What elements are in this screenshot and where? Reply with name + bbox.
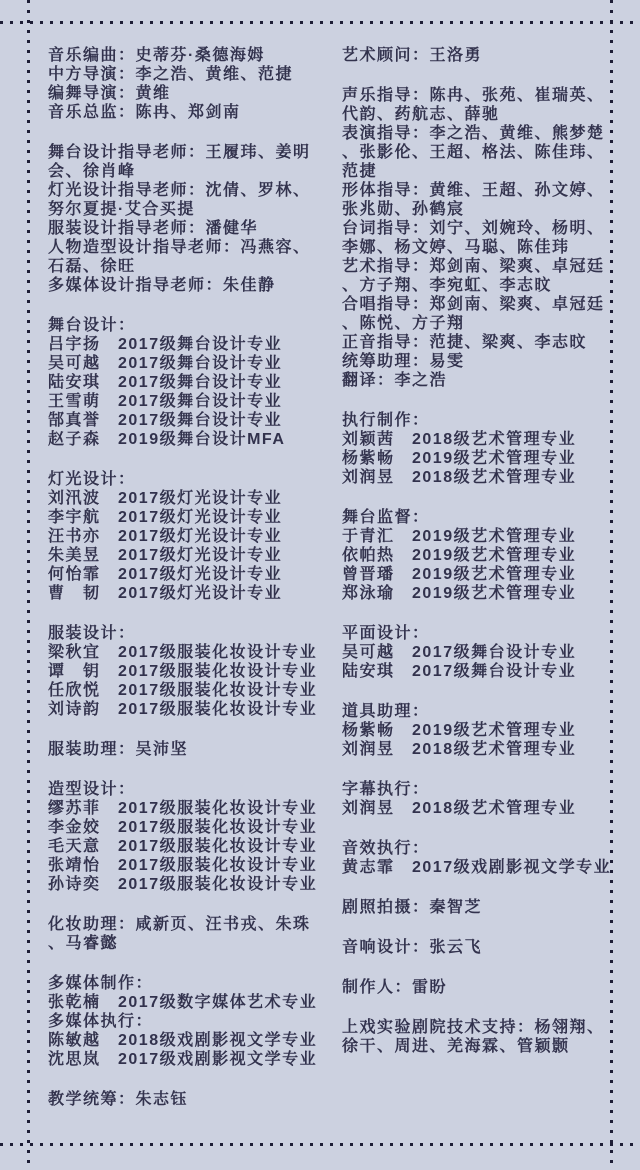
- credit-section: 道具助理：杨紫畅 2019级艺术管理专业刘润昱 2018级艺术管理专业: [342, 702, 610, 759]
- credits-column-right: 艺术顾问：王洛勇声乐指导：陈冉、张苑、崔瑞英、代韵、药航志、薛驰表演指导：李之浩…: [342, 46, 610, 1056]
- credit-line: 编舞导演：黄维: [48, 84, 338, 103]
- credit-line: 教学统筹：朱志钰: [48, 1090, 338, 1109]
- border-dotted-right: [610, 0, 613, 1170]
- credit-line: 舞台监督：: [342, 508, 610, 527]
- credit-line: 音响设计：张云飞: [342, 938, 610, 957]
- credit-line: 化妆助理：咸新页、汪书戎、朱珠: [48, 915, 338, 934]
- credit-line: 石磊、徐旺: [48, 257, 338, 276]
- credit-section: 舞台设计：吕宇扬 2017级舞台设计专业吴可越 2017级舞台设计专业陆安琪 2…: [48, 316, 338, 449]
- credit-section: 字幕执行：刘润昱 2018级艺术管理专业: [342, 780, 610, 818]
- credit-line: 李娜、杨文婷、马聪、陈佳玮: [342, 238, 610, 257]
- credit-line: 音乐总监：陈冉、郑剑南: [48, 103, 338, 122]
- credit-line: 道具助理：: [342, 702, 610, 721]
- credit-line: 剧照拍摄：秦智芝: [342, 898, 610, 917]
- credit-line: 声乐指导：陈冉、张苑、崔瑞英、: [342, 86, 610, 105]
- credit-line: 、马睿懿: [48, 934, 338, 953]
- credit-line: 人物造型设计指导老师：冯燕容、: [48, 238, 338, 257]
- credit-line: 、方子翔、李宛虹、李志旼: [342, 276, 610, 295]
- credit-line: 服装助理：吴沛坚: [48, 740, 338, 759]
- credit-line: 曾晋璠 2019级艺术管理专业: [342, 565, 610, 584]
- credit-line: 刘润昱 2018级艺术管理专业: [342, 740, 610, 759]
- credit-line: 杨紫畅 2019级艺术管理专业: [342, 721, 610, 740]
- credit-line: 杨紫畅 2019级艺术管理专业: [342, 449, 610, 468]
- credit-line: 多媒体设计指导老师：朱佳静: [48, 276, 338, 295]
- credit-section: 上戏实验剧院技术支持：杨翎翔、徐干、周进、羌海霖、管颖颢: [342, 1018, 610, 1056]
- credit-line: 吴可越 2017级舞台设计专业: [48, 354, 338, 373]
- credit-line: 上戏实验剧院技术支持：杨翎翔、: [342, 1018, 610, 1037]
- credit-line: 平面设计：: [342, 624, 610, 643]
- credit-line: 郑泳瑜 2019级艺术管理专业: [342, 584, 610, 603]
- credit-line: 服装设计：: [48, 624, 338, 643]
- credit-line: 梁秋宜 2017级服装化妆设计专业: [48, 643, 338, 662]
- credit-section: 造型设计：缪苏菲 2017级服装化妆设计专业李金姣 2017级服装化妆设计专业毛…: [48, 780, 338, 894]
- credit-line: 李金姣 2017级服装化妆设计专业: [48, 818, 338, 837]
- credit-line: 形体指导：黄维、王超、孙文婷、: [342, 181, 610, 200]
- credit-line: 张乾楠 2017级数字媒体艺术专业: [48, 993, 338, 1012]
- credit-line: 刘颖茜 2018级艺术管理专业: [342, 430, 610, 449]
- credit-line: 舞台设计：: [48, 316, 338, 335]
- credit-line: 艺术顾问：王洛勇: [342, 46, 610, 65]
- credit-line: 赵子森 2019级舞台设计MFA: [48, 430, 338, 449]
- credit-section: 艺术顾问：王洛勇: [342, 46, 610, 65]
- credit-line: 正音指导：范捷、梁爽、李志旼: [342, 333, 610, 352]
- credit-line: 音乐编曲：史蒂芬·桑德海姆: [48, 46, 338, 65]
- credit-line: 执行制作：: [342, 411, 610, 430]
- credit-line: 造型设计：: [48, 780, 338, 799]
- credit-line: 黄志霏 2017级戏剧影视文学专业: [342, 858, 610, 877]
- credit-line: 张靖怡 2017级服装化妆设计专业: [48, 856, 338, 875]
- credit-line: 谭 钥 2017级服装化妆设计专业: [48, 662, 338, 681]
- border-dotted-left: [27, 0, 30, 1170]
- credit-line: 毛天意 2017级服装化妆设计专业: [48, 837, 338, 856]
- credit-section: 化妆助理：咸新页、汪书戎、朱珠、马睿懿: [48, 915, 338, 953]
- credit-section: 舞台设计指导老师：王履玮、姜明会、徐肖峰灯光设计指导老师：沈倩、罗林、努尔夏提·…: [48, 143, 338, 295]
- credit-line: 台词指导：刘宁、刘婉玲、杨明、: [342, 219, 610, 238]
- credit-section: 剧照拍摄：秦智芝: [342, 898, 610, 917]
- credit-line: 孙诗奕 2017级服装化妆设计专业: [48, 875, 338, 894]
- credit-section: 教学统筹：朱志钰: [48, 1090, 338, 1109]
- credit-section: 音乐编曲：史蒂芬·桑德海姆中方导演：李之浩、黄维、范捷编舞导演：黄维音乐总监：陈…: [48, 46, 338, 122]
- credit-line: 陈敏越 2018级戏剧影视文学专业: [48, 1031, 338, 1050]
- credit-line: 中方导演：李之浩、黄维、范捷: [48, 65, 338, 84]
- credit-line: 翻译：李之浩: [342, 371, 610, 390]
- credit-line: 徐干、周进、羌海霖、管颖颢: [342, 1037, 610, 1056]
- credits-column-left: 音乐编曲：史蒂芬·桑德海姆中方导演：李之浩、黄维、范捷编舞导演：黄维音乐总监：陈…: [48, 46, 338, 1109]
- credit-line: 朱美昱 2017级灯光设计专业: [48, 546, 338, 565]
- credit-line: 吕宇扬 2017级舞台设计专业: [48, 335, 338, 354]
- credit-line: 刘汛波 2017级灯光设计专业: [48, 489, 338, 508]
- credit-section: 多媒体制作：张乾楠 2017级数字媒体艺术专业多媒体执行：陈敏越 2018级戏剧…: [48, 974, 338, 1069]
- credit-section: 平面设计：吴可越 2017级舞台设计专业陆安琪 2017级舞台设计专业: [342, 624, 610, 681]
- credit-line: 灯光设计：: [48, 470, 338, 489]
- credit-line: 依帕热 2019级艺术管理专业: [342, 546, 610, 565]
- credit-line: 合唱指导：郑剑南、梁爽、卓冠廷: [342, 295, 610, 314]
- credit-section: 制作人：雷盼: [342, 978, 610, 997]
- credit-line: 任欣悦 2017级服装化妆设计专业: [48, 681, 338, 700]
- credit-line: 范捷: [342, 162, 610, 181]
- credit-line: 制作人：雷盼: [342, 978, 610, 997]
- credit-line: 代韵、药航志、薛驰: [342, 105, 610, 124]
- credit-section: 音效执行：黄志霏 2017级戏剧影视文学专业: [342, 839, 610, 877]
- credit-line: 张兆勋、孙鹤宸: [342, 200, 610, 219]
- credit-line: 多媒体制作：: [48, 974, 338, 993]
- credit-line: 刘诗韵 2017级服装化妆设计专业: [48, 700, 338, 719]
- credit-line: 努尔夏提·艾合买提: [48, 200, 338, 219]
- credit-line: 汪书亦 2017级灯光设计专业: [48, 527, 338, 546]
- credit-line: 李宇航 2017级灯光设计专业: [48, 508, 338, 527]
- credit-section: 执行制作：刘颖茜 2018级艺术管理专业杨紫畅 2019级艺术管理专业刘润昱 2…: [342, 411, 610, 487]
- credit-section: 舞台监督：于青汇 2019级艺术管理专业依帕热 2019级艺术管理专业曾晋璠 2…: [342, 508, 610, 603]
- credit-line: 、张影伦、王超、格法、陈佳玮、: [342, 143, 610, 162]
- credit-line: 舞台设计指导老师：王履玮、姜明: [48, 143, 338, 162]
- credit-line: 灯光设计指导老师：沈倩、罗林、: [48, 181, 338, 200]
- credit-line: 多媒体执行：: [48, 1012, 338, 1031]
- credit-line: 王雪萌 2017级舞台设计专业: [48, 392, 338, 411]
- credit-line: 缪苏菲 2017级服装化妆设计专业: [48, 799, 338, 818]
- credit-section: 声乐指导：陈冉、张苑、崔瑞英、代韵、药航志、薛驰表演指导：李之浩、黄维、熊梦楚、…: [342, 86, 610, 390]
- credit-line: 统筹助理：易雯: [342, 352, 610, 371]
- credit-line: 服装设计指导老师：潘健华: [48, 219, 338, 238]
- credit-line: 、陈悦、方子翔: [342, 314, 610, 333]
- credit-section: 服装设计：梁秋宜 2017级服装化妆设计专业谭 钥 2017级服装化妆设计专业任…: [48, 624, 338, 719]
- credit-section: 服装助理：吴沛坚: [48, 740, 338, 759]
- credit-line: 音效执行：: [342, 839, 610, 858]
- credit-line: 曹 韧 2017级灯光设计专业: [48, 584, 338, 603]
- border-dotted-bottom: [0, 1143, 640, 1146]
- credit-line: 艺术指导：郑剑南、梁爽、卓冠廷: [342, 257, 610, 276]
- credit-line: 陆安琪 2017级舞台设计专业: [342, 662, 610, 681]
- credit-line: 刘润昱 2018级艺术管理专业: [342, 799, 610, 818]
- credit-line: 于青汇 2019级艺术管理专业: [342, 527, 610, 546]
- credit-line: 郜真誉 2017级舞台设计专业: [48, 411, 338, 430]
- credit-line: 刘润昱 2018级艺术管理专业: [342, 468, 610, 487]
- credit-section: 灯光设计：刘汛波 2017级灯光设计专业李宇航 2017级灯光设计专业汪书亦 2…: [48, 470, 338, 603]
- credit-line: 吴可越 2017级舞台设计专业: [342, 643, 610, 662]
- credit-line: 会、徐肖峰: [48, 162, 338, 181]
- credit-section: 音响设计：张云飞: [342, 938, 610, 957]
- credit-line: 何怡霏 2017级灯光设计专业: [48, 565, 338, 584]
- border-dotted-top: [0, 21, 640, 24]
- credit-line: 字幕执行：: [342, 780, 610, 799]
- credit-line: 表演指导：李之浩、黄维、熊梦楚: [342, 124, 610, 143]
- credit-line: 沈思岚 2017级戏剧影视文学专业: [48, 1050, 338, 1069]
- credit-line: 陆安琪 2017级舞台设计专业: [48, 373, 338, 392]
